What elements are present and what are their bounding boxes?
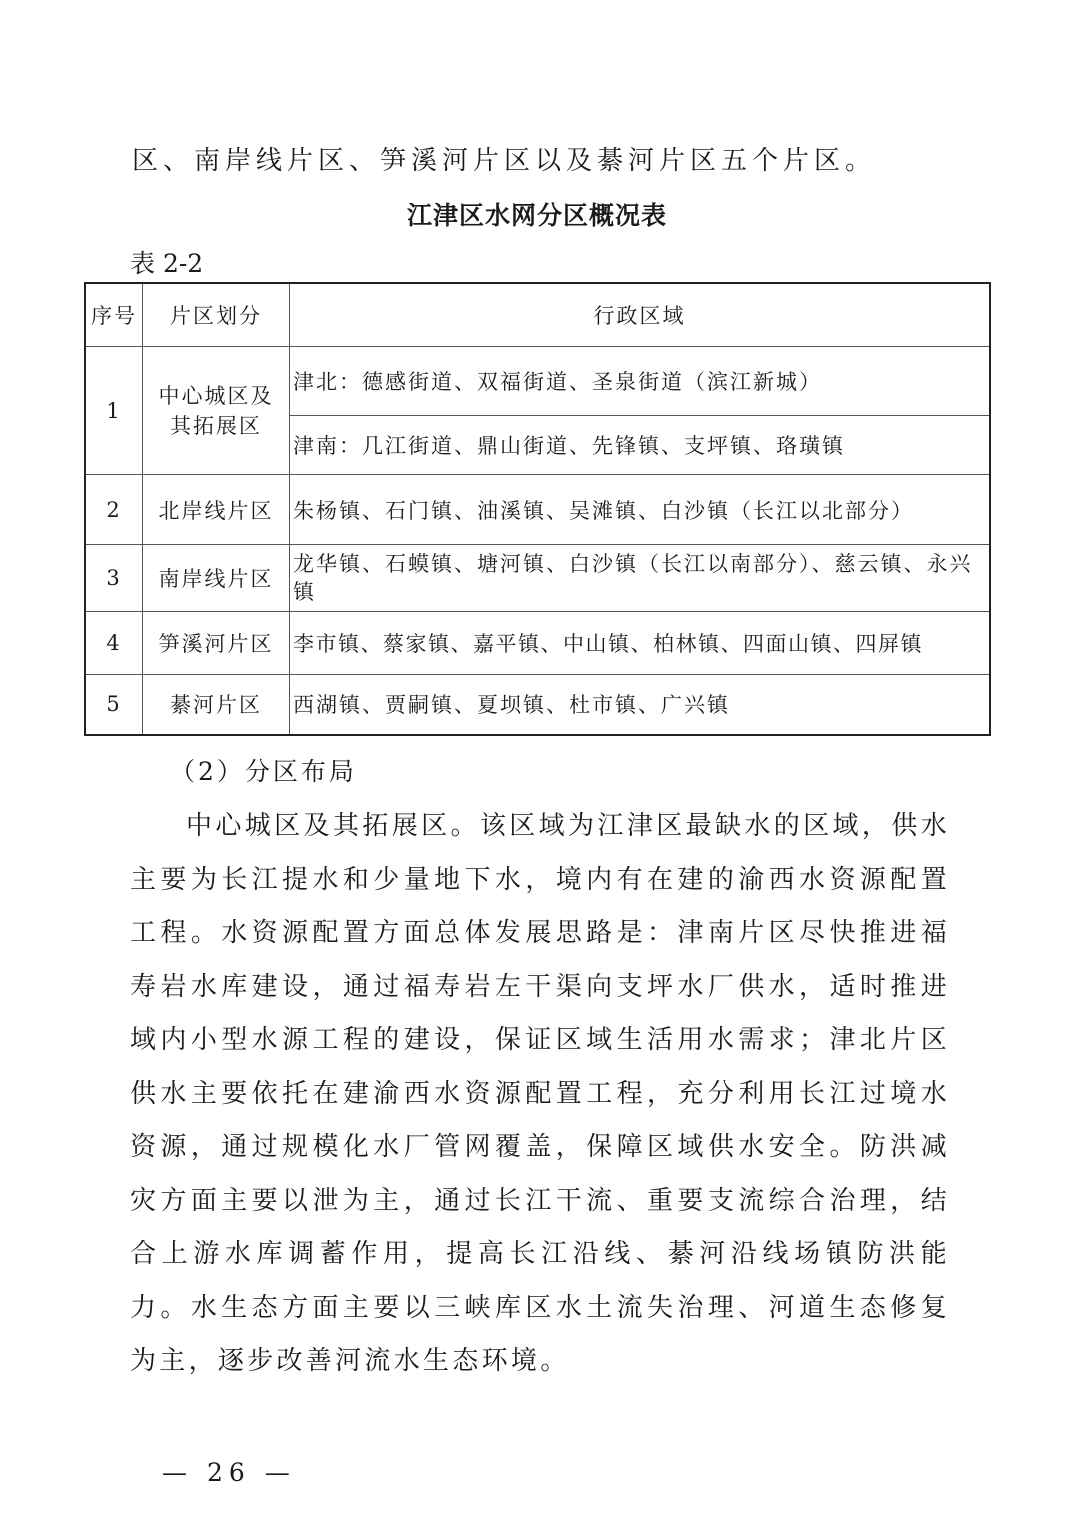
row-no: 5 bbox=[85, 675, 143, 735]
intro-line: 区、南岸线片区、笋溪河片区以及綦河片区五个片区。 bbox=[132, 140, 876, 177]
table-title: 江津区水网分区概况表 bbox=[0, 196, 1074, 232]
row-no: 1 bbox=[85, 347, 143, 475]
row-zone: 笋溪河片区 bbox=[143, 612, 290, 675]
zones-table: 序号 片区划分 行政区域 1 中心城区及其拓展区 津北：德感街道、双福街道、圣泉… bbox=[84, 282, 991, 736]
table-header-row: 序号 片区划分 行政区域 bbox=[85, 283, 990, 347]
row-area: 津南：几江街道、鼎山街道、先锋镇、支坪镇、珞璜镇 bbox=[290, 416, 991, 475]
row-area: 西湖镇、贾嗣镇、夏坝镇、杜市镇、广兴镇 bbox=[290, 675, 991, 735]
row-area: 李市镇、蔡家镇、嘉平镇、中山镇、柏林镇、四面山镇、四屏镇 bbox=[290, 612, 991, 675]
table-label: 表 2-2 bbox=[130, 244, 203, 280]
row-zone: 綦河片区 bbox=[143, 675, 290, 735]
table-row: 2 北岸线片区 朱杨镇、石门镇、油溪镇、吴滩镇、白沙镇（长江以北部分） bbox=[85, 475, 990, 545]
row-zone: 中心城区及其拓展区 bbox=[143, 347, 290, 475]
section-heading: （2）分区布局 bbox=[170, 752, 357, 788]
table-row: 5 綦河片区 西湖镇、贾嗣镇、夏坝镇、杜市镇、广兴镇 bbox=[85, 675, 990, 735]
row-no: 4 bbox=[85, 612, 143, 675]
body-paragraph: 中心城区及其拓展区。该区域为江津区最缺水的区域，供水主要为长江提水和少量地下水，… bbox=[130, 800, 950, 1389]
row-no: 2 bbox=[85, 475, 143, 545]
table-row: 1 中心城区及其拓展区 津北：德感街道、双福街道、圣泉街道（滨江新城） bbox=[85, 347, 990, 416]
row-zone: 南岸线片区 bbox=[143, 545, 290, 612]
row-zone: 北岸线片区 bbox=[143, 475, 290, 545]
row-no: 3 bbox=[85, 545, 143, 612]
header-no: 序号 bbox=[85, 283, 143, 347]
header-zone: 片区划分 bbox=[143, 283, 290, 347]
row-area: 朱杨镇、石门镇、油溪镇、吴滩镇、白沙镇（长江以北部分） bbox=[290, 475, 991, 545]
header-area: 行政区域 bbox=[290, 283, 991, 347]
row-area: 津北：德感街道、双福街道、圣泉街道（滨江新城） bbox=[290, 347, 991, 416]
page-number: — 26 — bbox=[162, 1458, 296, 1487]
table-row: 3 南岸线片区 龙华镇、石蟆镇、塘河镇、白沙镇（长江以南部分）、慈云镇、永兴镇 bbox=[85, 545, 990, 612]
row-area: 龙华镇、石蟆镇、塘河镇、白沙镇（长江以南部分）、慈云镇、永兴镇 bbox=[290, 545, 991, 612]
table-row: 4 笋溪河片区 李市镇、蔡家镇、嘉平镇、中山镇、柏林镇、四面山镇、四屏镇 bbox=[85, 612, 990, 675]
